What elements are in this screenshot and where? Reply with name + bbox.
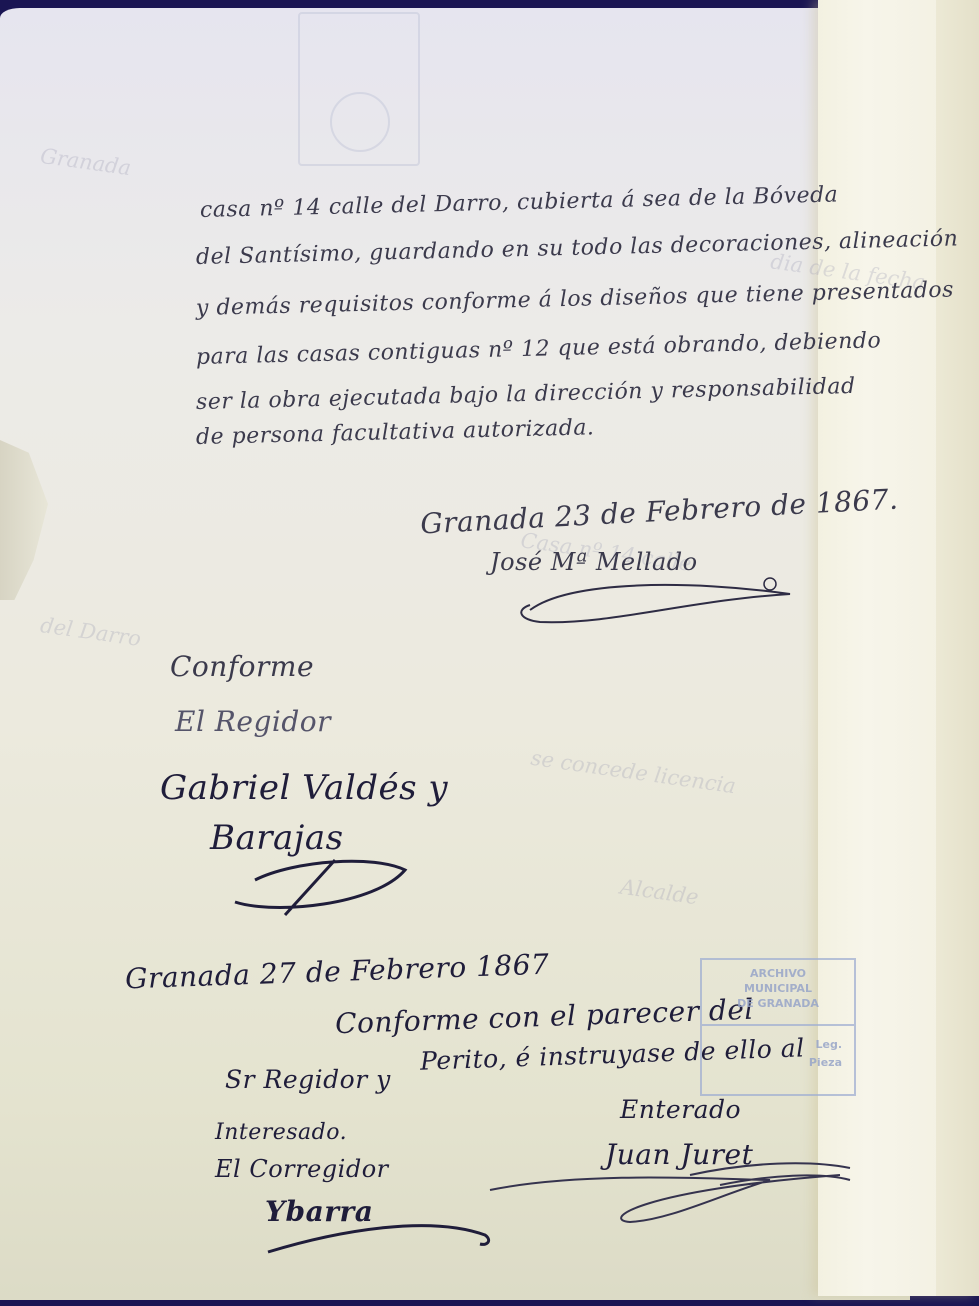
corregidor-role: El Corregidor bbox=[215, 1155, 389, 1183]
conforme-heading: Conforme bbox=[170, 650, 314, 683]
decree-line-3: Interesado. bbox=[215, 1120, 347, 1145]
stamp-line-3: DE GRANADA bbox=[702, 996, 854, 1011]
regidor-role: El Regidor bbox=[175, 705, 331, 738]
corregidor-flourish bbox=[260, 1210, 500, 1260]
decree-line-2a: Sr Regidor y bbox=[225, 1065, 391, 1094]
regidor-rubric bbox=[215, 850, 415, 920]
signature-flourish bbox=[510, 570, 820, 630]
regidor-name-line-1: Gabriel Valdés y bbox=[160, 768, 448, 808]
enterado-label: Enterado bbox=[620, 1095, 741, 1124]
notified-flourish bbox=[470, 1150, 860, 1230]
archive-stamp: ARCHIVO MUNICIPAL DE GRANADA Leg. Pieza bbox=[700, 958, 856, 1096]
stamp-line-1: ARCHIVO bbox=[702, 966, 854, 981]
page-fold bbox=[936, 0, 979, 1296]
stamp-field-pieza: Pieza bbox=[702, 1054, 842, 1072]
watermark-seal bbox=[298, 12, 420, 166]
stamp-field-leg: Leg. bbox=[702, 1036, 842, 1054]
stamp-line-2: MUNICIPAL bbox=[702, 981, 854, 996]
seal-oval bbox=[330, 92, 390, 152]
